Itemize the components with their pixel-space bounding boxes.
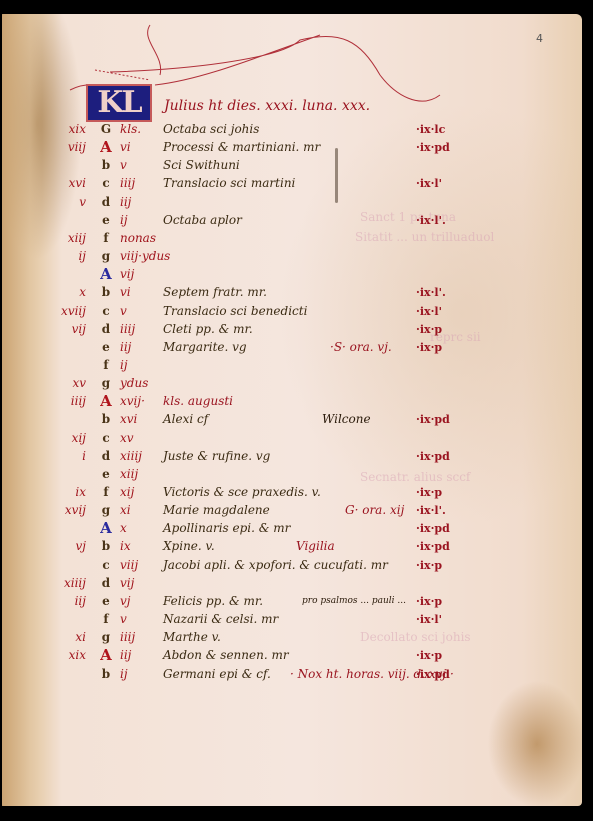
calendar-row: iiijAxvij·kls. augusti bbox=[0, 393, 593, 410]
feast-name: Apollinaris epi. & mr bbox=[163, 520, 290, 537]
roman-date: vj bbox=[120, 593, 131, 610]
roman-date: iij bbox=[120, 339, 131, 356]
calendar-row: bijGermani epi & cf.· Nox ht. horas. vii… bbox=[0, 666, 593, 683]
liturgical-grade: ·ix·pd bbox=[416, 666, 450, 683]
roman-date: v bbox=[120, 157, 127, 174]
golden-number: xix bbox=[42, 647, 86, 664]
feast-name: Translacio sci martini bbox=[163, 175, 295, 192]
dominical-letter: b bbox=[93, 666, 119, 683]
calendar-row: eijOctaba aplor·ix·l'. bbox=[0, 212, 593, 229]
liturgical-grade: ·ix·lc bbox=[416, 121, 445, 138]
calendar-row: xviciiijTranslacio sci martini·ix·l' bbox=[0, 175, 593, 192]
golden-number: i bbox=[42, 448, 86, 465]
calendar-row: bvSci Swithuni bbox=[0, 157, 593, 174]
liturgical-grade: ·ix·p bbox=[416, 593, 442, 610]
roman-date: xiij bbox=[120, 466, 138, 483]
golden-number: xvi bbox=[42, 175, 86, 192]
calendar-row: bxviAlexi cfWilcone·ix·pd bbox=[0, 411, 593, 428]
liturgical-grade: ·ix·pd bbox=[416, 411, 450, 428]
dominical-letter: d bbox=[93, 575, 119, 592]
marginal-note: G· ora. xij bbox=[345, 502, 404, 519]
feast-name: Nazarii & celsi. mr bbox=[163, 611, 278, 628]
feast-name: Germani epi & cf. bbox=[163, 666, 271, 683]
golden-number: vj bbox=[42, 538, 86, 555]
calendar-row: cviijJacobi apli. & xpofori. & cucufati.… bbox=[0, 557, 593, 574]
liturgical-grade: ·ix·p bbox=[416, 321, 442, 338]
roman-date: xv bbox=[120, 430, 134, 447]
roman-date: iij bbox=[120, 194, 131, 211]
feast-name: Jacobi apli. & xpofori. & cucufati. mr bbox=[163, 557, 388, 574]
roman-date: xiiij bbox=[120, 448, 142, 465]
golden-number: xv bbox=[42, 375, 86, 392]
dominical-letter: f bbox=[93, 484, 119, 501]
roman-date: vij bbox=[120, 575, 134, 592]
dominical-letter: G bbox=[93, 121, 119, 138]
golden-number: xiiij bbox=[42, 575, 86, 592]
dominical-letter: A bbox=[93, 139, 119, 156]
feast-name: Sci Swithuni bbox=[163, 157, 240, 174]
feast-name: Translacio sci benedicti bbox=[163, 303, 307, 320]
calendar-row: fvNazarii & celsi. mr·ix·l' bbox=[0, 611, 593, 628]
feast-name: Juste & rufine. vg bbox=[163, 448, 270, 465]
liturgical-grade: ·ix·p bbox=[416, 557, 442, 574]
feast-name: Felicis pp. & mr. bbox=[163, 593, 263, 610]
dominical-letter: c bbox=[93, 303, 119, 320]
golden-number: iiij bbox=[42, 393, 86, 410]
golden-number: xiij bbox=[42, 230, 86, 247]
illuminated-initial-kl: KL bbox=[86, 84, 152, 122]
roman-date: ij bbox=[120, 357, 128, 374]
dominical-letter: A bbox=[93, 520, 119, 537]
marginal-note: pro psalmos ... pauli ... bbox=[302, 593, 406, 610]
calendar-row: xiiijdvij bbox=[0, 575, 593, 592]
golden-number: viij bbox=[42, 139, 86, 156]
calendar-row: viijAviProcessi & martiniani. mr·ix·pd bbox=[0, 139, 593, 156]
roman-date: vi bbox=[120, 139, 131, 156]
feast-name: Processi & martiniani. mr bbox=[163, 139, 320, 156]
roman-date: xij bbox=[120, 484, 134, 501]
feast-name: Abdon & sennen. mr bbox=[163, 647, 289, 664]
feast-name: Octaba sci johis bbox=[163, 121, 259, 138]
roman-date: iiij bbox=[120, 629, 135, 646]
marginal-note: Vigilia bbox=[296, 538, 335, 555]
liturgical-grade: ·ix·pd bbox=[416, 538, 450, 555]
roman-date: x bbox=[120, 520, 127, 537]
roman-date: nonas bbox=[120, 230, 156, 247]
golden-number: xix bbox=[42, 121, 86, 138]
calendar-row: ijgviij·ydus bbox=[0, 248, 593, 265]
feast-name: Xpine. v. bbox=[163, 538, 215, 555]
dominical-letter: e bbox=[93, 339, 119, 356]
dominical-letter: d bbox=[93, 194, 119, 211]
marginal-note: Wilcone bbox=[322, 411, 371, 428]
liturgical-grade: ·ix·pd bbox=[416, 448, 450, 465]
roman-date: xvij· bbox=[120, 393, 145, 410]
calendar-row: xixAiijAbdon & sennen. mr·ix·p bbox=[0, 647, 593, 664]
calendar-row: xixGkls.Octaba sci johis·ix·lc bbox=[0, 121, 593, 138]
golden-number: v bbox=[42, 194, 86, 211]
calendar-row: vdiij bbox=[0, 194, 593, 211]
month-heading: Julius ht dies. xxxi. luna. xxx. bbox=[164, 98, 370, 114]
calendar-row: xijcxv bbox=[0, 430, 593, 447]
dominical-letter: A bbox=[93, 393, 119, 410]
feast-name: Marthe v. bbox=[163, 629, 221, 646]
roman-date: ix bbox=[120, 538, 131, 555]
calendar-row: iijevjFelicis pp. & mr.pro psalmos ... p… bbox=[0, 593, 593, 610]
roman-date: viij bbox=[120, 557, 138, 574]
liturgical-grade: ·ix·l'. bbox=[416, 502, 446, 519]
dominical-letter: f bbox=[93, 357, 119, 374]
dominical-letter: b bbox=[93, 538, 119, 555]
golden-number: x bbox=[42, 284, 86, 301]
liturgical-grade: ·ix·l'. bbox=[416, 284, 446, 301]
dominical-letter: c bbox=[93, 430, 119, 447]
feast-name: Cleti pp. & mr. bbox=[163, 321, 253, 338]
golden-number: vij bbox=[42, 321, 86, 338]
dominical-letter: b bbox=[93, 284, 119, 301]
calendar-row: fij bbox=[0, 357, 593, 374]
dominical-letter: e bbox=[93, 466, 119, 483]
roman-date: iiij bbox=[120, 175, 135, 192]
golden-number: xi bbox=[42, 629, 86, 646]
roman-date: ij bbox=[120, 212, 128, 229]
calendar-row: idxiiijJuste & rufine. vg·ix·pd bbox=[0, 448, 593, 465]
dominical-letter: b bbox=[93, 411, 119, 428]
dominical-letter: f bbox=[93, 611, 119, 628]
liturgical-grade: ·ix·l' bbox=[416, 175, 442, 192]
roman-date: ij bbox=[120, 666, 128, 683]
roman-date: ydus bbox=[120, 375, 148, 392]
dominical-letter: e bbox=[93, 212, 119, 229]
calendar-row: AxApollinaris epi. & mr·ix·pd bbox=[0, 520, 593, 537]
liturgical-grade: ·ix·l'. bbox=[416, 212, 446, 229]
calendar-row: eiijMargarite. vg·S· ora. vj.·ix·p bbox=[0, 339, 593, 356]
golden-number: ij bbox=[42, 248, 86, 265]
golden-number: iij bbox=[42, 593, 86, 610]
dominical-letter: d bbox=[93, 448, 119, 465]
dominical-letter: c bbox=[93, 557, 119, 574]
golden-number: xviij bbox=[42, 303, 86, 320]
liturgical-grade: ·ix·l' bbox=[416, 303, 442, 320]
calendar-row: xbviSeptem fratr. mr.·ix·l'. bbox=[0, 284, 593, 301]
dominical-letter: A bbox=[93, 266, 119, 283]
golden-number: ix bbox=[42, 484, 86, 501]
calendar-row: Avij bbox=[0, 266, 593, 283]
liturgical-grade: ·ix·p bbox=[416, 647, 442, 664]
calendar-row: xviijcvTranslacio sci benedicti·ix·l' bbox=[0, 303, 593, 320]
liturgical-grade: ·ix·p bbox=[416, 484, 442, 501]
dominical-letter: c bbox=[93, 175, 119, 192]
dominical-letter: b bbox=[93, 157, 119, 174]
liturgical-grade: ·ix·pd bbox=[416, 139, 450, 156]
dominical-letter: d bbox=[93, 321, 119, 338]
liturgical-grade: ·ix·l' bbox=[416, 611, 442, 628]
dominical-letter: A bbox=[93, 647, 119, 664]
marginal-note: ·S· ora. vj. bbox=[330, 339, 392, 356]
calendar-row: xvgydus bbox=[0, 375, 593, 392]
roman-date: kls. bbox=[120, 121, 141, 138]
liturgical-grade: ·ix·p bbox=[416, 339, 442, 356]
feast-name: Octaba aplor bbox=[163, 212, 242, 229]
calendar-row: xiijfnonas bbox=[0, 230, 593, 247]
dominical-letter: g bbox=[93, 629, 119, 646]
roman-date: iiij bbox=[120, 321, 135, 338]
feast-name: Margarite. vg bbox=[163, 339, 247, 356]
roman-date: vij bbox=[120, 266, 134, 283]
calendar-row: ixfxijVictoris & sce praxedis. v.·ix·p bbox=[0, 484, 593, 501]
calendar-row: xvijgxiMarie magdaleneG· ora. xij·ix·l'. bbox=[0, 502, 593, 519]
roman-date: iij bbox=[120, 647, 131, 664]
roman-date: vi bbox=[120, 284, 131, 301]
dominical-letter: g bbox=[93, 502, 119, 519]
feast-name: Alexi cf bbox=[163, 411, 208, 428]
calendar-row: vijdiiijCleti pp. & mr.·ix·p bbox=[0, 321, 593, 338]
calendar-row: exiij bbox=[0, 466, 593, 483]
roman-date: v bbox=[120, 611, 127, 628]
roman-date: xi bbox=[120, 502, 131, 519]
golden-number: xij bbox=[42, 430, 86, 447]
dominical-letter: f bbox=[93, 230, 119, 247]
calendar-row: xigiiijMarthe v. bbox=[0, 629, 593, 646]
roman-date: viij·ydus bbox=[120, 248, 170, 265]
golden-number: xvij bbox=[42, 502, 86, 519]
feast-name: Victoris & sce praxedis. v. bbox=[163, 484, 321, 501]
calendar-row: vjbixXpine. v.Vigilia·ix·pd bbox=[0, 538, 593, 555]
feast-name: kls. augusti bbox=[163, 393, 233, 410]
dominical-letter: e bbox=[93, 593, 119, 610]
roman-date: xvi bbox=[120, 411, 137, 428]
feast-name: Septem fratr. mr. bbox=[163, 284, 267, 301]
dominical-letter: g bbox=[93, 375, 119, 392]
liturgical-grade: ·ix·pd bbox=[416, 520, 450, 537]
roman-date: v bbox=[120, 303, 127, 320]
feast-name: Marie magdalene bbox=[163, 502, 270, 519]
dominical-letter: g bbox=[93, 248, 119, 265]
